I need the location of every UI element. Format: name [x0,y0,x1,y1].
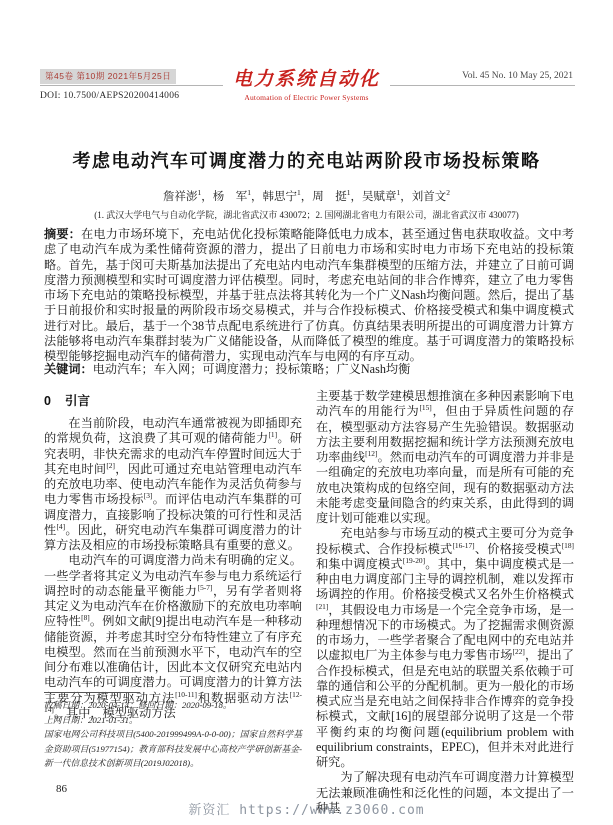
section-title: 引言 [65,394,90,408]
citation-superscript: [4] [56,522,65,531]
author-separator: ， [400,191,412,203]
right-column: 主要基于数学建模思想推演在多种因素影响下电动汽车的用能行为[15]，但由于异质性… [316,389,574,789]
keywords-line: 关键词：电动汽车；车入网；可调度潜力；投标策略；广义Nash均衡 [44,362,574,377]
abstract-text: 在电力市场环境下，充电站优化投标策略能降低电力成本，甚至通过售电获取收益。文中考… [44,227,574,363]
body-columns: 0引言 在当前阶段，电动汽车通常被视为即插即充的常规负荷，这浪费了其可观的储荷能… [44,389,574,789]
section-number: 0 [44,394,51,408]
paper-title: 考虑电动汽车可调度潜力的充电站两阶段市场投标策略 [0,147,613,173]
footnote-funding: 国家电网公司科技项目(5400-201999499A-0-0-00)；国家自然科… [44,727,302,771]
journal-name-chinese: 电力系统自动化 [223,64,390,92]
section-heading-intro: 0引言 [44,391,302,409]
author: 詹祥澎1 [163,191,201,203]
author-separator: ， [351,191,363,203]
author-separator: ， [301,191,313,203]
footnote-received-date: 收稿日期：2020-04-14；修回日期：2020-09-18。 [44,698,302,713]
body-paragraph: 在当前阶段，电动汽车通常被视为即插即充的常规负荷，这浪费了其可观的储荷能力[1]… [44,416,302,553]
author: 吴赋章1 [362,191,400,203]
author: 刘首文2 [412,191,450,203]
citation-superscript: [5-7] [198,583,213,592]
citation-superscript: [15] [419,403,431,412]
citation-superscript: [12] [365,449,377,458]
citation-superscript: [16-17] [452,540,474,549]
keywords-text: 电动汽车；车入网；可调度潜力；投标策略；广义Nash均衡 [93,362,411,376]
author-affil-mark: 2 [446,188,450,197]
body-paragraph: 充电站参与市场互动的模式主要可分为竞争投标模式、合作投标模式[16-17]、价格… [316,526,574,770]
author: 韩思宁1 [263,191,301,203]
journal-name-english: Automation of Electric Power Systems [0,93,613,102]
citation-superscript: [8] [81,613,90,622]
citation-superscript: [22] [513,647,525,656]
left-column: 0引言 在当前阶段，电动汽车通常被视为即插即充的常规负荷，这浪费了其可观的储荷能… [44,389,302,789]
watermark-text: 新资汇 https://www.z3060.com [0,799,613,818]
footnote-divider [44,692,140,693]
journal-logo: 电力系统自动化 Automation of Electric Power Sys… [0,64,613,102]
abstract-label: 摘要： [44,227,81,241]
page-number: 86 [56,783,67,795]
citation-superscript: [2] [106,461,115,470]
abstract-paragraph: 摘要：在电力市场环境下，充电站优化投标策略能降低电力成本，甚至通过售电获取收益。… [44,227,574,365]
citation-superscript: [1] [268,430,277,439]
author: 周 挺1 [312,191,350,203]
citation-superscript: [19-20] [403,556,425,565]
author-list: 詹祥澎1，杨 军1，韩思宁1，周 挺1，吴赋章1，刘首文2 [0,188,613,204]
author: 杨 军1 [213,191,251,203]
keywords-label: 关键词： [44,362,93,376]
author-separator: ， [201,191,213,203]
footnote-online-date: 上网日期：2021-01-31。 [44,713,302,728]
citation-superscript: [18] [562,540,574,549]
citation-superscript: [3] [144,491,153,500]
body-paragraph: 主要基于数学建模思想推演在多种因素影响下电动汽车的用能行为[15]，但由于异质性… [316,389,574,526]
paper-page: 第45卷 第10期 2021年5月25日 DOI: 10.7500/AEPS20… [0,0,613,825]
footnote-block: 收稿日期：2020-04-14；修回日期：2020-09-18。 上网日期：20… [44,692,302,771]
citation-superscript: [21] [316,601,328,610]
author-separator: ， [251,191,263,203]
affiliation-line: (1. 武汉大学电气与自动化学院，湖北省武汉市 430072；2. 国网湖北省电… [0,208,613,221]
